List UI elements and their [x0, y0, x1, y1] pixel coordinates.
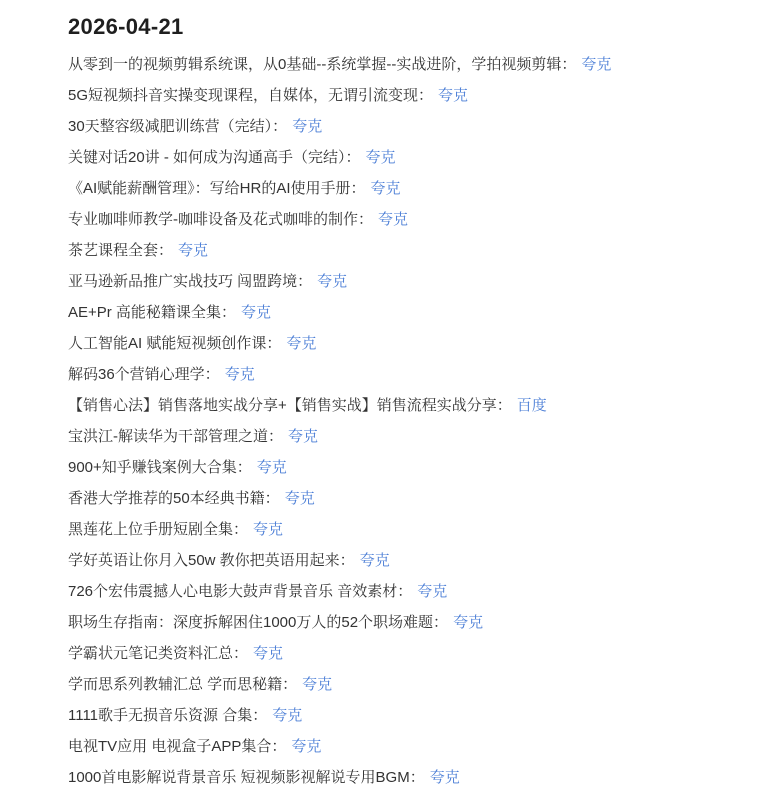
item-text: 关键对话20讲 - 如何成为沟通高手（完结）： — [68, 149, 361, 166]
item-link[interactable]: 夸克 — [286, 335, 316, 352]
item-link[interactable]: 夸克 — [291, 738, 321, 755]
item-link[interactable]: 夸克 — [178, 242, 208, 259]
list-item: 学好英语让你月入50w 教你把英语用起来：夸克 — [68, 550, 707, 571]
list-item: 香港大学推荐的50本经典书籍：夸克 — [68, 488, 707, 509]
item-link[interactable]: 夸克 — [317, 273, 347, 290]
item-text: 亚马逊新品推广实战技巧 闯盟跨境： — [68, 273, 312, 290]
list-item: 学霸状元笔记类资料汇总：夸克 — [68, 643, 707, 664]
item-link[interactable]: 夸克 — [438, 87, 468, 104]
item-text: 1111歌手无损音乐资源 合集： — [68, 707, 267, 724]
page-title: 2026-04-21 — [68, 14, 707, 40]
resource-list: 从零到一的视频剪辑系统课，从0基础--系统掌握--实战进阶，学拍视频剪辑：夸克5… — [68, 54, 707, 788]
item-text: 726个宏伟震撼人心电影大鼓声背景音乐 音效素材： — [68, 583, 412, 600]
item-text: 《AI赋能薪酬管理》：写给HR的AI使用手册： — [68, 180, 366, 197]
list-item: 茶艺课程全套：夸克 — [68, 240, 707, 261]
list-item: AE+Pr 高能秘籍课全集：夸克 — [68, 302, 707, 323]
item-link[interactable]: 夸克 — [292, 118, 322, 135]
item-text: 从零到一的视频剪辑系统课，从0基础--系统掌握--实战进阶，学拍视频剪辑： — [68, 56, 576, 73]
item-link[interactable]: 夸克 — [417, 583, 447, 600]
item-link[interactable]: 夸克 — [225, 366, 255, 383]
item-link[interactable]: 夸克 — [241, 304, 271, 321]
item-link[interactable]: 夸克 — [257, 459, 287, 476]
item-link[interactable]: 夸克 — [453, 614, 483, 631]
list-item: 解码36个营销心理学：夸克 — [68, 364, 707, 385]
item-text: 宝洪江-解读华为干部管理之道： — [68, 428, 283, 445]
item-text: 5G短视频抖音实操变现课程，自媒体，无谓引流变现： — [68, 87, 433, 104]
item-link[interactable]: 夸克 — [288, 428, 318, 445]
list-item: 职场生存指南：深度拆解困住1000万人的52个职场难题：夸克 — [68, 612, 707, 633]
list-item: 亚马逊新品推广实战技巧 闯盟跨境：夸克 — [68, 271, 707, 292]
item-text: AE+Pr 高能秘籍课全集： — [68, 304, 236, 321]
list-item: 1000首电影解说背景音乐 短视频影视解说专用BGM：夸克 — [68, 767, 707, 788]
item-link[interactable]: 夸克 — [272, 707, 302, 724]
list-item: 5G短视频抖音实操变现课程，自媒体，无谓引流变现：夸克 — [68, 85, 707, 106]
item-text: 【销售心法】销售落地实战分享+【销售实战】销售流程实战分享： — [68, 397, 512, 414]
item-text: 专业咖啡师教学-咖啡设备及花式咖啡的制作： — [68, 211, 373, 228]
list-item: 关键对话20讲 - 如何成为沟通高手（完结）：夸克 — [68, 147, 707, 168]
list-item: 学而思系列教辅汇总 学而思秘籍：夸克 — [68, 674, 707, 695]
list-item: 1111歌手无损音乐资源 合集：夸克 — [68, 705, 707, 726]
item-link[interactable]: 百度 — [517, 397, 547, 414]
list-item: 宝洪江-解读华为干部管理之道：夸克 — [68, 426, 707, 447]
item-link[interactable]: 夸克 — [285, 490, 315, 507]
item-text: 茶艺课程全套： — [68, 242, 173, 259]
item-link[interactable]: 夸克 — [371, 180, 401, 197]
item-text: 黑莲花上位手册短剧全集： — [68, 521, 248, 538]
item-text: 职场生存指南：深度拆解困住1000万人的52个职场难题： — [68, 614, 448, 631]
item-text: 学好英语让你月入50w 教你把英语用起来： — [68, 552, 355, 569]
list-item: 900+知乎赚钱案例大合集：夸克 — [68, 457, 707, 478]
item-text: 人工智能AI 赋能短视频创作课： — [68, 335, 281, 352]
item-text: 900+知乎赚钱案例大合集： — [68, 459, 252, 476]
list-item: 726个宏伟震撼人心电影大鼓声背景音乐 音效素材：夸克 — [68, 581, 707, 602]
list-item: 黑莲花上位手册短剧全集：夸克 — [68, 519, 707, 540]
list-item: 电视TV应用 电视盒子APP集合：夸克 — [68, 736, 707, 757]
item-text: 学霸状元笔记类资料汇总： — [68, 645, 248, 662]
list-item: 《AI赋能薪酬管理》：写给HR的AI使用手册：夸克 — [68, 178, 707, 199]
list-item: 人工智能AI 赋能短视频创作课：夸克 — [68, 333, 707, 354]
item-link[interactable]: 夸克 — [430, 769, 460, 786]
item-link[interactable]: 夸克 — [581, 56, 611, 73]
item-text: 1000首电影解说背景音乐 短视频影视解说专用BGM： — [68, 769, 425, 786]
item-text: 学而思系列教辅汇总 学而思秘籍： — [68, 676, 297, 693]
item-link[interactable]: 夸克 — [253, 645, 283, 662]
item-link[interactable]: 夸克 — [378, 211, 408, 228]
list-item: 专业咖啡师教学-咖啡设备及花式咖啡的制作：夸克 — [68, 209, 707, 230]
list-item: 30天整容级减肥训练营（完结）：夸克 — [68, 116, 707, 137]
item-link[interactable]: 夸克 — [366, 149, 396, 166]
item-text: 香港大学推荐的50本经典书籍： — [68, 490, 280, 507]
item-link[interactable]: 夸克 — [302, 676, 332, 693]
item-link[interactable]: 夸克 — [253, 521, 283, 538]
item-text: 解码36个营销心理学： — [68, 366, 220, 383]
item-link[interactable]: 夸克 — [360, 552, 390, 569]
item-text: 电视TV应用 电视盒子APP集合： — [68, 738, 286, 755]
list-item: 【销售心法】销售落地实战分享+【销售实战】销售流程实战分享：百度 — [68, 395, 707, 416]
list-item: 从零到一的视频剪辑系统课，从0基础--系统掌握--实战进阶，学拍视频剪辑：夸克 — [68, 54, 707, 75]
item-text: 30天整容级减肥训练营（完结）： — [68, 118, 287, 135]
document-page: 2026-04-21 从零到一的视频剪辑系统课，从0基础--系统掌握--实战进阶… — [0, 0, 763, 808]
